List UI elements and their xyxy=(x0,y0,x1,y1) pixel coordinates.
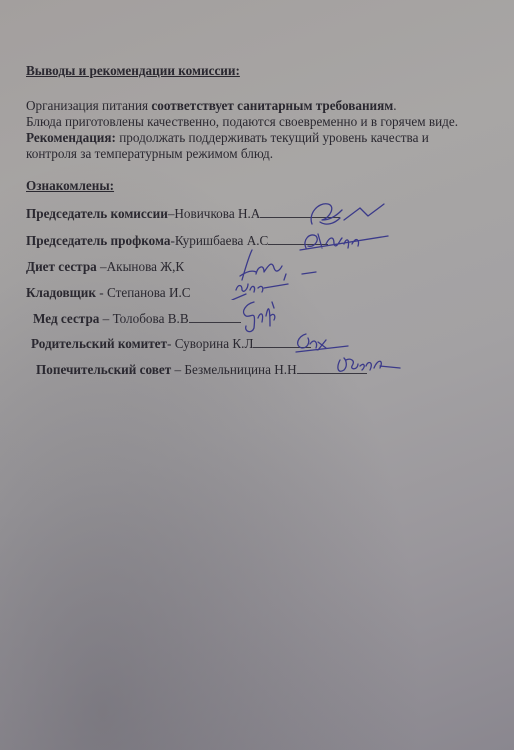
dishes-line: Блюда приготовлены качественно, подаются… xyxy=(26,114,458,130)
recommendation-line-2: контроля за температурным режимом блюд. xyxy=(26,146,273,162)
signatory-role: Мед сестра xyxy=(33,311,103,326)
signatory-role: Диет сестра xyxy=(26,259,100,274)
signatory-role: Кладовщик xyxy=(26,285,99,300)
signature-icon xyxy=(288,328,358,354)
conclusion-suffix: . xyxy=(393,98,396,113)
signatory-role: Председатель профкома xyxy=(26,233,170,248)
signature-icon xyxy=(330,352,410,380)
signatory-name: Толобова В.В xyxy=(113,311,189,326)
conclusion-bold: соответствует санитарным требованиям xyxy=(151,98,393,113)
signatory-row: Родительский комитет- Суворина К.Л xyxy=(31,336,311,352)
signatory-row: Кладовщик - Степанова И.С xyxy=(26,285,191,301)
signatory-row: Мед сестра – Толобова В.В xyxy=(33,311,241,327)
conclusions-heading: Выводы и рекомендации комиссии: xyxy=(26,63,240,79)
signature-icon xyxy=(228,276,308,300)
conclusion-prefix: Организация питания xyxy=(26,98,151,113)
signatory-role: Попечительский совет xyxy=(36,362,175,377)
acknowledged-heading: Ознакомлены: xyxy=(26,178,114,194)
signatory-row: Попечительский совет – Безмельницина Н.Н xyxy=(36,362,367,378)
signatory-sep: - xyxy=(99,285,107,300)
signature-icon xyxy=(232,298,292,336)
recommendation-line-1: Рекомендация: продолжать поддерживать те… xyxy=(26,130,429,146)
recommendation-text-1: продолжать поддерживать текущий уровень … xyxy=(116,130,429,145)
signatory-role: Родительский комитет xyxy=(31,336,167,351)
signatory-name: Безмельницина Н.Н xyxy=(184,362,296,377)
recommendation-label: Рекомендация: xyxy=(26,130,116,145)
signatory-row: Председатель комиссии–Новичкова Н.А xyxy=(26,206,340,222)
signatory-sep: – xyxy=(100,259,107,274)
signatory-role: Председатель комиссии xyxy=(26,206,168,221)
signatory-name: Степанова И.С xyxy=(107,285,191,300)
signatory-row: Диет сестра –Акынова Ж,К xyxy=(26,259,184,275)
signatory-sep: – xyxy=(175,362,185,377)
conclusion-line: Организация питания соответствует санита… xyxy=(26,98,397,114)
signatory-sep: – xyxy=(103,311,113,326)
signatory-sep: - xyxy=(167,336,175,351)
signatory-name: Акынова Ж,К xyxy=(107,259,185,274)
signatory-name: Суворина К.Л xyxy=(175,336,254,351)
signatory-name: Новичкова Н.А xyxy=(174,206,260,221)
